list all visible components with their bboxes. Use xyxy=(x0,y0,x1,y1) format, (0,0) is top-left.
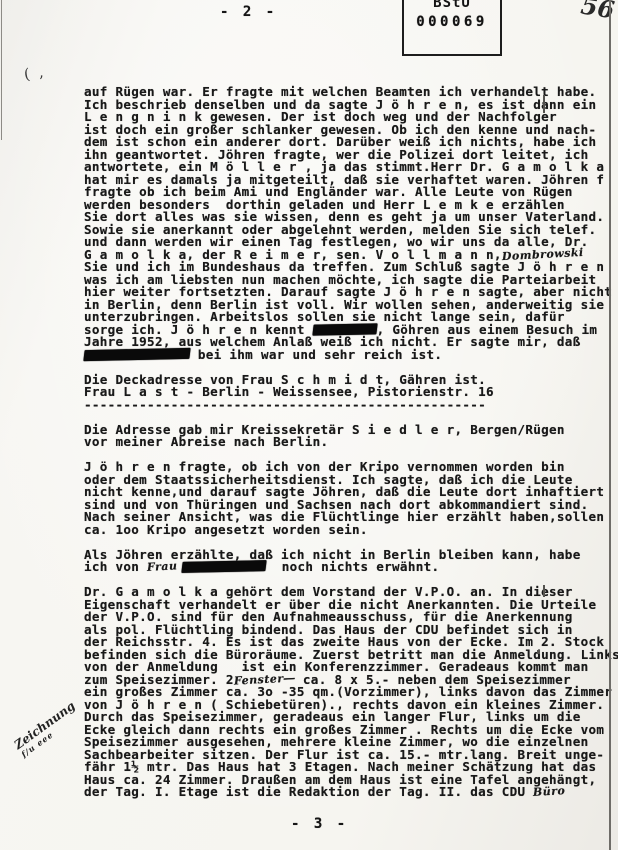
page-number-top: - 2 - xyxy=(220,4,277,20)
scan-artifact xyxy=(543,95,545,113)
document-line: bei ihm war und sehr reich ist. xyxy=(84,349,610,362)
scanned-document-page: - 2 - BStU 000069 56 ( , Zeichnung f/u e… xyxy=(0,0,618,850)
stamp-agency-label: BStU xyxy=(404,0,500,11)
document-line: ich von Frau noch nichts erwähnt. xyxy=(84,561,610,574)
bstu-stamp: BStU 000069 xyxy=(402,0,502,56)
paragraph: auf Rügen war. Er fragte mit welchen Bea… xyxy=(84,86,610,361)
scan-artifact xyxy=(543,585,545,597)
typewritten-text: vor meiner Abreise nach Berlin. xyxy=(84,434,328,449)
stamp-serial-number: 000069 xyxy=(404,14,500,30)
document-line: vor meiner Abreise nach Berlin. xyxy=(84,436,610,449)
document-line: ca. 1oo Kripo angesetzt worden sein. xyxy=(84,524,610,537)
paragraph: Dr. G a m o l k a gehört dem Vorstand de… xyxy=(84,586,610,799)
paragraph: J ö h r e n fragte, ob ich von der Kripo… xyxy=(84,461,610,536)
page-number-bottom: - 3 - xyxy=(291,816,348,832)
paragraph: Als Jöhren erzählte, daß ich nicht in Be… xyxy=(84,549,610,574)
redaction-bar xyxy=(312,323,377,335)
paragraph: Die Deckadresse von Frau S c h m i d t, … xyxy=(84,374,610,412)
scan-edge-line-left xyxy=(1,0,2,140)
typewritten-text: bei ihm war und sehr reich ist. xyxy=(190,347,442,362)
handwritten-annotation: Fenster― xyxy=(233,672,295,688)
margin-pen-mark: ( , xyxy=(23,63,47,84)
document-body: auf Rügen war. Er fragte mit welchen Bea… xyxy=(84,86,610,811)
typewritten-text: ca. 1oo Kripo angesetzt worden sein. xyxy=(84,522,368,537)
typewritten-text: noch nichts erwähnt. xyxy=(266,559,439,574)
redaction-bar xyxy=(83,347,190,360)
redaction-bar xyxy=(181,560,266,573)
typewritten-text: ich von xyxy=(84,559,147,574)
typewritten-text: ----------------------------------------… xyxy=(84,397,486,412)
handwritten-annotation: Büro xyxy=(533,785,566,799)
typewritten-text: der Tag. I. Etage ist die Redaktion der … xyxy=(84,784,533,799)
document-line: der Tag. I. Etage ist die Redaktion der … xyxy=(84,786,610,799)
scan-artifact xyxy=(537,650,540,654)
scan-edge-line xyxy=(609,0,611,850)
document-line: ----------------------------------------… xyxy=(84,399,610,412)
paragraph: Die Adresse gab mir Kreissekretär S i e … xyxy=(84,424,610,449)
handwritten-annotation: Frau xyxy=(147,560,182,574)
